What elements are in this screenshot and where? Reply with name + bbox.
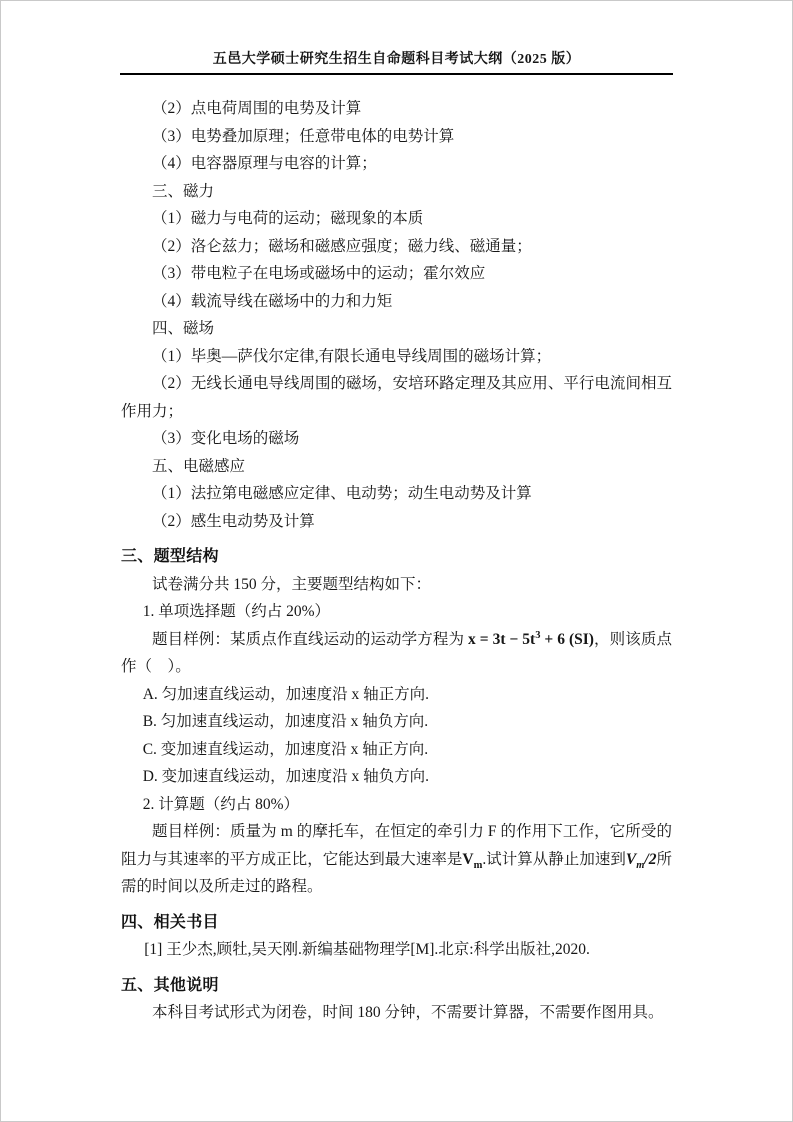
option-d: D. 变加速直线运动，加速度沿 x 轴负方向. xyxy=(121,763,672,791)
outline-item-electric-potential: （2）点电荷周围的电势及计算 xyxy=(121,95,672,123)
section-heading-other-notes: 五、其他说明 xyxy=(121,972,672,1000)
document-header-title: 五邑大学硕士研究生招生自命题科目考试大纲（2025 版） xyxy=(1,1,792,69)
max-speed-symbol: Vm xyxy=(462,851,482,868)
exam-total-score-line: 试卷满分共 150 分，主要题型结构如下： xyxy=(121,571,672,599)
calc-example-part2: .试计算从静止加速到 xyxy=(482,851,626,868)
calc-section-label: 2. 计算题（约占 80%） xyxy=(121,791,672,819)
option-b: B. 匀加速直线运动，加速度沿 x 轴负方向. xyxy=(121,708,672,736)
half-max-speed-symbol: Vm/2 xyxy=(626,851,657,868)
outline-item-ampere-law: （2）无线长通电导线周围的磁场，安培环路定理及其应用、平行电流间相互作用力； xyxy=(121,370,672,425)
outline-item-changing-field: （3）变化电场的磁场 xyxy=(121,425,672,453)
outline-item-current-wire-force: （4）载流导线在磁场中的力和力矩 xyxy=(121,288,672,316)
calc-example-paragraph: 题目样例：质量为 m 的摩托车，在恒定的牵引力 F 的作用下工作，它所受的阻力与… xyxy=(121,818,672,901)
mcq-example-prefix: 题目样例：某质点作直线运动的运动学方程为 xyxy=(152,631,468,648)
section-heading-books: 四、相关书目 xyxy=(121,909,672,937)
header-divider xyxy=(120,73,673,75)
outline-subheading-magnetic-force: 三、磁力 xyxy=(121,178,672,206)
mcq-section-label: 1. 单项选择题（约占 20%） xyxy=(121,598,672,626)
kinematics-formula: x = 3t − 5t3 + 6 (SI) xyxy=(468,631,594,648)
outline-item-capacitor: （4）电容器原理与电容的计算； xyxy=(121,150,672,178)
outline-item-biot-savart: （1）毕奥—萨伐尔定律,有限长通电导线周围的磁场计算； xyxy=(121,343,672,371)
outline-subheading-em-induction: 五、电磁感应 xyxy=(121,453,672,481)
option-c: C. 变加速直线运动，加速度沿 x 轴正方向. xyxy=(121,736,672,764)
outline-subheading-magnetic-field: 四、磁场 xyxy=(121,315,672,343)
outline-item-superposition: （3）电势叠加原理；任意带电体的电势计算 xyxy=(121,123,672,151)
option-a: A. 匀加速直线运动，加速度沿 x 轴正方向. xyxy=(121,681,672,709)
document-page: 五邑大学硕士研究生招生自命题科目考试大纲（2025 版） （2）点电荷周围的电势… xyxy=(0,0,793,1122)
outline-item-induced-emf: （2）感生电动势及计算 xyxy=(121,508,672,536)
exam-format-line: 本科目考试形式为闭卷，时间 180 分钟，不需要计算器，不需要作图用具。 xyxy=(121,999,672,1027)
mcq-example-paragraph: 题目样例：某质点作直线运动的运动学方程为 x = 3t − 5t3 + 6 (S… xyxy=(121,626,672,681)
outline-item-lorentz-force: （2）洛仑兹力；磁场和磁感应强度；磁力线、磁通量； xyxy=(121,233,672,261)
outline-item-charged-particle: （3）带电粒子在电场或磁场中的运动；霍尔效应 xyxy=(121,260,672,288)
section-heading-question-structure: 三、题型结构 xyxy=(121,543,672,571)
document-body: （2）点电荷周围的电势及计算 （3）电势叠加原理；任意带电体的电势计算 （4）电… xyxy=(121,95,672,1027)
outline-item-magnetic-charge-motion: （1）磁力与电荷的运动；磁现象的本质 xyxy=(121,205,672,233)
book-reference-1: [1] 王少杰,顾牡,吴天刚.新编基础物理学[M].北京:科学出版社,2020. xyxy=(121,936,672,964)
outline-item-faraday-law: （1）法拉第电磁感应定律、电动势；动生电动势及计算 xyxy=(121,480,672,508)
